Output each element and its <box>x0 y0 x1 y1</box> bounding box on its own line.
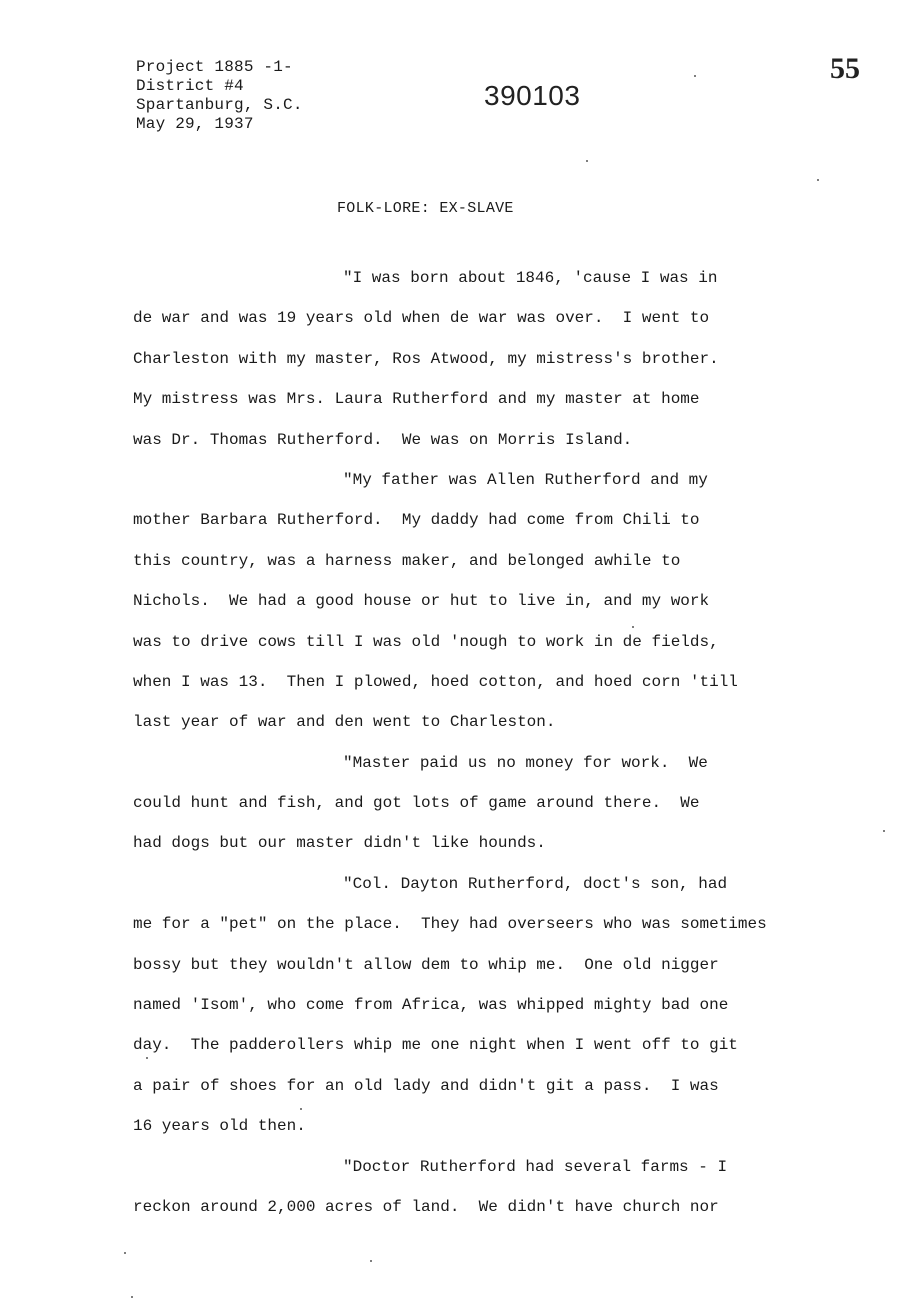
text-line: "I was born about 1846, 'cause I was in <box>133 258 813 298</box>
text-line: reckon around 2,000 acres of land. We di… <box>133 1187 813 1227</box>
scan-speck <box>131 1296 133 1298</box>
text-line: "Doctor Rutherford had several farms - I <box>133 1147 813 1187</box>
scan-speck <box>300 1108 302 1110</box>
scan-speck <box>694 75 696 77</box>
document-page: Project 1885 -1- District #4 Spartanburg… <box>0 0 900 1301</box>
scan-speck <box>370 1260 372 1262</box>
text-line: was to drive cows till I was old 'nough … <box>133 622 813 662</box>
page-number: 55 <box>830 52 860 86</box>
text-line: me for a "pet" on the place. They had ov… <box>133 904 813 944</box>
text-line: "Col. Dayton Rutherford, doct's son, had <box>133 864 813 904</box>
text-line: "My father was Allen Rutherford and my <box>133 460 813 500</box>
text-line: named 'Isom', who come from Africa, was … <box>133 985 813 1025</box>
location: Spartanburg, S.C. <box>136 96 303 115</box>
text-line: My mistress was Mrs. Laura Rutherford an… <box>133 379 813 419</box>
text-line: this country, was a harness maker, and b… <box>133 541 813 581</box>
scan-speck <box>586 160 588 162</box>
scan-speck <box>146 1057 148 1059</box>
text-line: could hunt and fish, and got lots of gam… <box>133 783 813 823</box>
text-line: when I was 13. Then I plowed, hoed cotto… <box>133 662 813 702</box>
date: May 29, 1937 <box>136 115 303 134</box>
text-line: "Master paid us no money for work. We <box>133 743 813 783</box>
text-line: mother Barbara Rutherford. My daddy had … <box>133 500 813 540</box>
text-line: had dogs but our master didn't like houn… <box>133 823 813 863</box>
scan-speck <box>124 1252 126 1254</box>
header-block: Project 1885 -1- District #4 Spartanburg… <box>136 58 303 134</box>
district: District #4 <box>136 77 303 96</box>
text-line: last year of war and den went to Charles… <box>133 702 813 742</box>
scan-speck <box>606 438 608 440</box>
scan-speck <box>817 179 819 181</box>
text-line: a pair of shoes for an old lady and didn… <box>133 1066 813 1106</box>
scan-speck <box>883 830 885 832</box>
text-line: 16 years old then. <box>133 1106 813 1146</box>
text-line: was Dr. Thomas Rutherford. We was on Mor… <box>133 420 813 460</box>
document-id: 390103 <box>484 80 580 112</box>
project-number: Project 1885 -1- <box>136 58 303 77</box>
text-line: day. The padderollers whip me one night … <box>133 1025 813 1065</box>
body-text: "I was born about 1846, 'cause I was ind… <box>133 258 813 1227</box>
text-line: Charleston with my master, Ros Atwood, m… <box>133 339 813 379</box>
text-line: Nichols. We had a good house or hut to l… <box>133 581 813 621</box>
text-line: de war and was 19 years old when de war … <box>133 298 813 338</box>
scan-speck <box>632 626 634 628</box>
document-title: FOLK-LORE: EX-SLAVE <box>337 200 514 217</box>
text-line: bossy but they wouldn't allow dem to whi… <box>133 945 813 985</box>
